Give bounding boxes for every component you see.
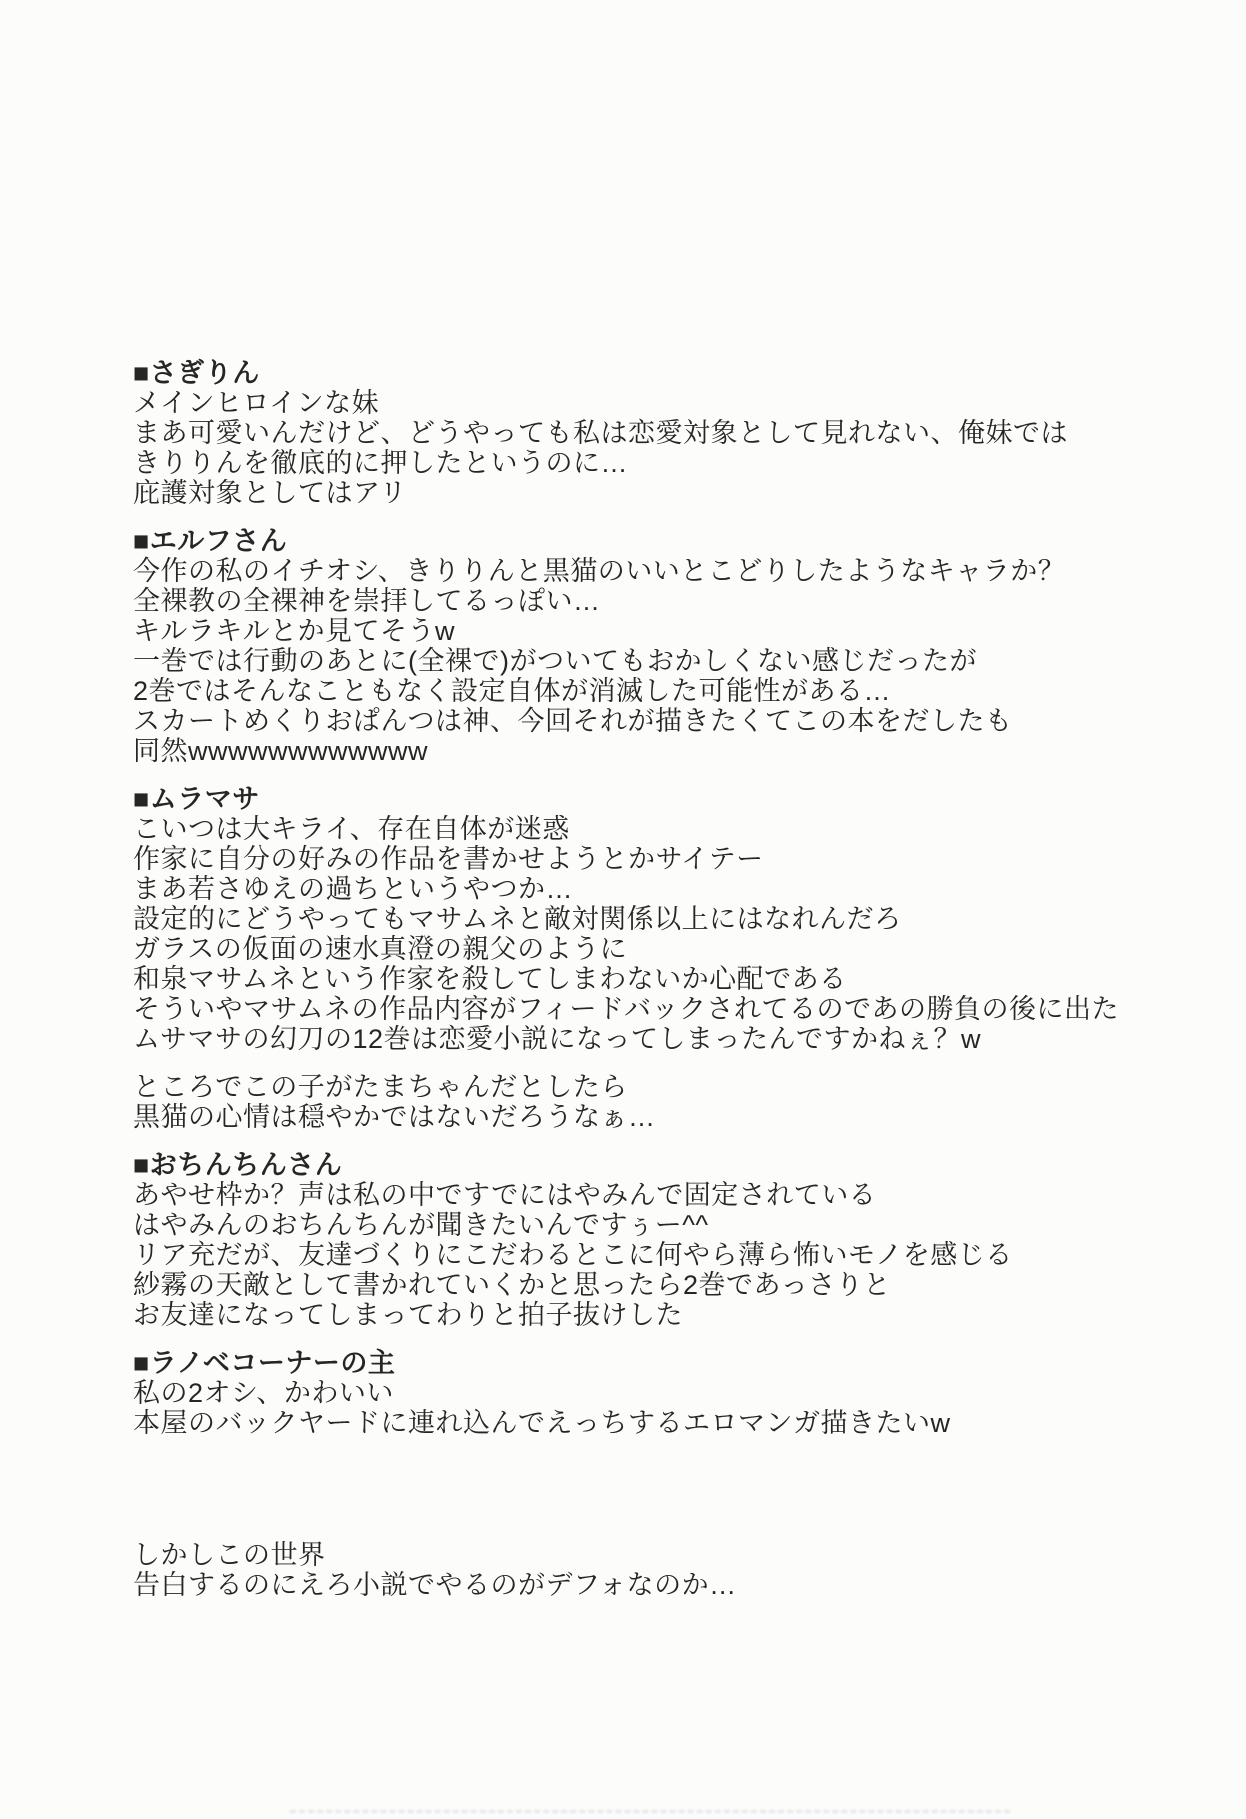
text-line: はやみんのおちんちんが聞きたいんですぅー^^ bbox=[133, 1210, 1186, 1240]
section-heading: ■ラノベコーナーの主 bbox=[133, 1348, 1186, 1378]
text-line: お友達になってしまってわりと拍子抜けした bbox=[133, 1300, 1186, 1330]
text-line: 今作の私のイチオシ、きりりんと黒猫のいいとこどりしたようなキャラか？ bbox=[133, 556, 1186, 586]
section-heading: ■おちんちんさん bbox=[133, 1150, 1186, 1180]
section-ochinchin: ■おちんちんさん あやせ枠か？声は私の中ですでにはやみんで固定されている はやみ… bbox=[133, 1150, 1186, 1330]
text-line: キルラキルとか見てそうw bbox=[133, 616, 1186, 646]
text-line: 同然wwwwwwwwwwww bbox=[133, 736, 1186, 766]
text-line: 本屋のバックヤードに連れ込んでえっちするエロマンガ描きたいw bbox=[133, 1408, 1186, 1438]
text-line: 黒猫の心情は穏やかではないだろうなぁ… bbox=[133, 1102, 1186, 1132]
text-line: そういやマサムネの作品内容がフィードバックされてるのであの勝負の後に出た bbox=[133, 994, 1186, 1024]
text-line: あやせ枠か？声は私の中ですでにはやみんで固定されている bbox=[133, 1180, 1186, 1210]
section-lanobe-corner: ■ラノベコーナーの主 私の2オシ、かわいい 本屋のバックヤードに連れ込んでえっち… bbox=[133, 1348, 1186, 1438]
section-heading: ■エルフさん bbox=[133, 526, 1186, 556]
text-line: まあ若さゆえの過ちというやつか… bbox=[133, 874, 1186, 904]
section-muramasa: ■ムラマサ こいつは大キライ、存在自体が迷惑 作家に自分の好みの作品を書かせよう… bbox=[133, 784, 1186, 1054]
text-line: 全裸教の全裸神を崇拝してるっぽい… bbox=[133, 586, 1186, 616]
section-sagirin: ■さぎりん メインヒロインな妹 まあ可愛いんだけど、どうやっても私は恋愛対象とし… bbox=[133, 358, 1186, 508]
section-elf: ■エルフさん 今作の私のイチオシ、きりりんと黒猫のいいとこどりしたようなキャラか… bbox=[133, 526, 1186, 766]
text-line: 告白するのにえろ小説でやるのがデフォなのか… bbox=[133, 1570, 1186, 1600]
text-line: メインヒロインな妹 bbox=[133, 388, 1186, 418]
text-line: ムサマサの幻刀の12巻は恋愛小説になってしまったんですかねぇ？w bbox=[133, 1024, 1186, 1054]
text-line: ガラスの仮面の速水真澄の親父のように bbox=[133, 934, 1186, 964]
scan-bleed-artifact bbox=[290, 1810, 1010, 1813]
text-line: 作家に自分の好みの作品を書かせようとかサイテー bbox=[133, 844, 1186, 874]
scanned-page: ■さぎりん メインヒロインな妹 まあ可愛いんだけど、どうやっても私は恋愛対象とし… bbox=[0, 0, 1246, 1819]
text-line: 和泉マサムネという作家を殺してしまわないか心配である bbox=[133, 964, 1186, 994]
text-line: 設定的にどうやってもマサムネと敵対関係以上にはなれんだろ bbox=[133, 904, 1186, 934]
text-line: しかしこの世界 bbox=[133, 1540, 1186, 1570]
text-line: 一巻では行動のあとに(全裸で)がついてもおかしくない感じだったが bbox=[133, 646, 1186, 676]
section-heading: ■ムラマサ bbox=[133, 784, 1186, 814]
text-line: 庇護対象としてはアリ bbox=[133, 478, 1186, 508]
text-line: ところでこの子がたまちゃんだとしたら bbox=[133, 1072, 1186, 1102]
text-line: まあ可愛いんだけど、どうやっても私は恋愛対象として見れない、俺妹では bbox=[133, 418, 1186, 448]
section-closing-note: しかしこの世界 告白するのにえろ小説でやるのがデフォなのか… bbox=[133, 1540, 1186, 1600]
text-line: 2巻ではそんなこともなく設定自体が消滅した可能性がある… bbox=[133, 676, 1186, 706]
text-line: 私の2オシ、かわいい bbox=[133, 1378, 1186, 1408]
text-line: こいつは大キライ、存在自体が迷惑 bbox=[133, 814, 1186, 844]
text-line: スカートめくりおぱんつは神、今回それが描きたくてこの本をだしたも bbox=[133, 706, 1186, 736]
section-heading: ■さぎりん bbox=[133, 358, 1186, 388]
text-line: リア充だが、友達づくりにこだわるとこに何やら薄ら怖いモノを感じる bbox=[133, 1240, 1186, 1270]
text-line: きりりんを徹底的に押したというのに… bbox=[133, 448, 1186, 478]
section-tamachan-note: ところでこの子がたまちゃんだとしたら 黒猫の心情は穏やかではないだろうなぁ… bbox=[133, 1072, 1186, 1132]
text-line: 紗霧の天敵として書かれていくかと思ったら2巻であっさりと bbox=[133, 1270, 1186, 1300]
